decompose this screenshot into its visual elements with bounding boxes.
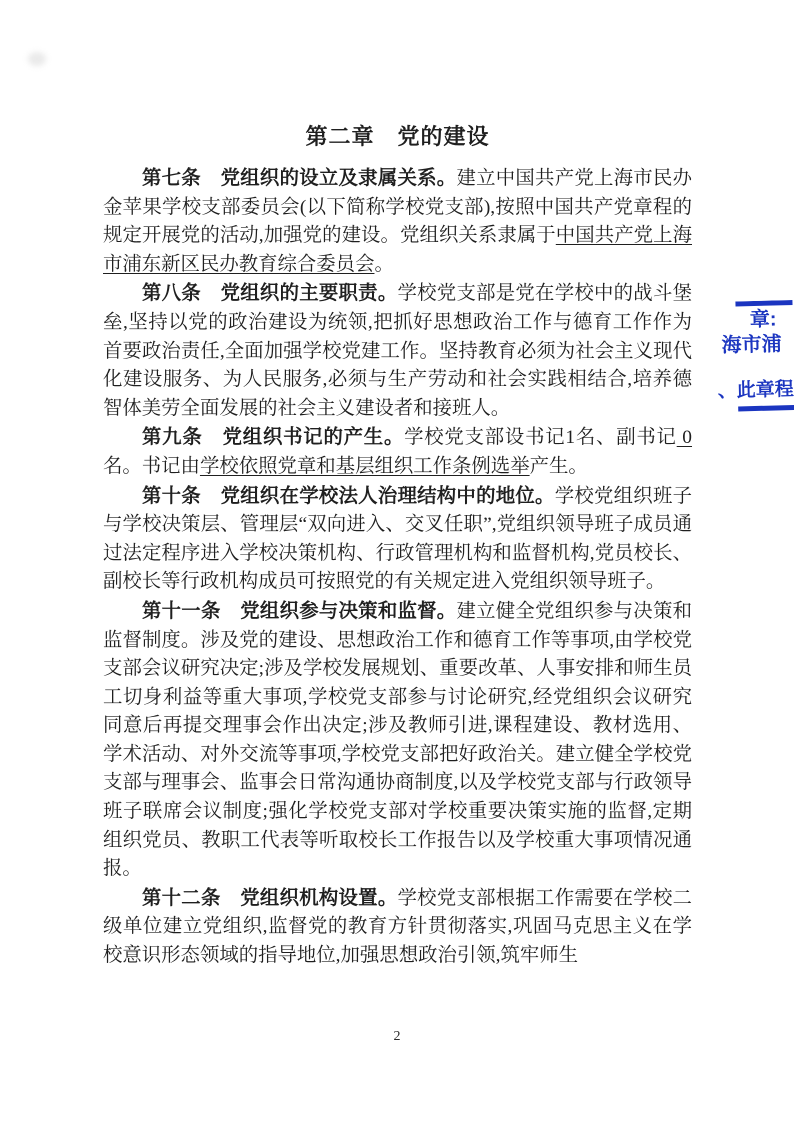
text-segment: 。 <box>374 254 393 275</box>
text-segment: 学校依照党章和基层组织工作条例选举 <box>200 456 530 477</box>
document-page: 第二章 党的建设 第七条 党组织的设立及隶属关系。建立中国共产党上海市民办金苹果… <box>0 0 794 1123</box>
text-segment: 建立健全党组织参与决策和监督制度。涉及党的建设、思想政治工作和德育工作等事项,由… <box>103 601 692 879</box>
paragraph-article-12: 第十二条 党组织机构设置。学校党支部根据工作需要在学校二级单位建立党组织,监督党… <box>103 884 692 971</box>
paragraph-article-10: 第十条 党组织在学校法人治理结构中的地位。学校党组织班子与学校决策层、管理层“双… <box>103 482 692 597</box>
annotation-line: 海市浦 <box>715 332 794 359</box>
annotation-bottom-bar <box>738 404 794 411</box>
paragraph-article-9: 第九条 党组织书记的产生。学校党支部设书记1名、副书记 0名。书记由学校依照党章… <box>103 423 692 481</box>
text-segment: 学校党支部设书记1名、副书记 <box>404 427 677 448</box>
text-segment: 产生。 <box>530 456 588 477</box>
document-content: 第二章 党的建设 第七条 党组织的设立及隶属关系。建立中国共产党上海市民办金苹果… <box>103 120 692 971</box>
margin-annotation: 章: 海市浦 、此章程 <box>714 300 794 424</box>
paragraph-article-7: 第七条 党组织的设立及隶属关系。建立中国共产党上海市民办金苹果学校支部委员会(以… <box>103 164 692 279</box>
text-segment: 第十一条 党组织参与决策和监督。 <box>142 600 456 622</box>
text-segment: 名。书记由 <box>103 456 200 477</box>
text-segment: 第十条 党组织在学校法人治理结构中的地位。 <box>142 485 555 507</box>
annotation-line: 章: <box>715 307 794 334</box>
paragraph-list: 第七条 党组织的设立及隶属关系。建立中国共产党上海市民办金苹果学校支部委员会(以… <box>103 164 692 971</box>
page-number: 2 <box>0 1029 794 1045</box>
text-segment: 第九条 党组织书记的产生。 <box>142 426 404 448</box>
paragraph-article-8: 第八条 党组织的主要职责。学校党支部是党在学校中的战斗堡垒,坚持以党的政治建设为… <box>103 279 692 423</box>
paragraph-article-11: 第十一条 党组织参与决策和监督。建立健全党组织参与决策和监督制度。涉及党的建设、… <box>103 597 692 884</box>
text-segment: 第十二条 党组织机构设置。 <box>142 887 397 909</box>
text-segment: 0 <box>677 427 692 448</box>
scan-smudge <box>28 52 46 66</box>
annotation-line: 、此章程 <box>716 378 794 404</box>
text-segment: 第七条 党组织的设立及隶属关系。 <box>142 167 456 189</box>
annotation-top-bar <box>735 300 794 306</box>
text-segment: 第八条 党组织的主要职责。 <box>142 282 397 304</box>
chapter-title: 第二章 党的建设 <box>103 120 692 151</box>
